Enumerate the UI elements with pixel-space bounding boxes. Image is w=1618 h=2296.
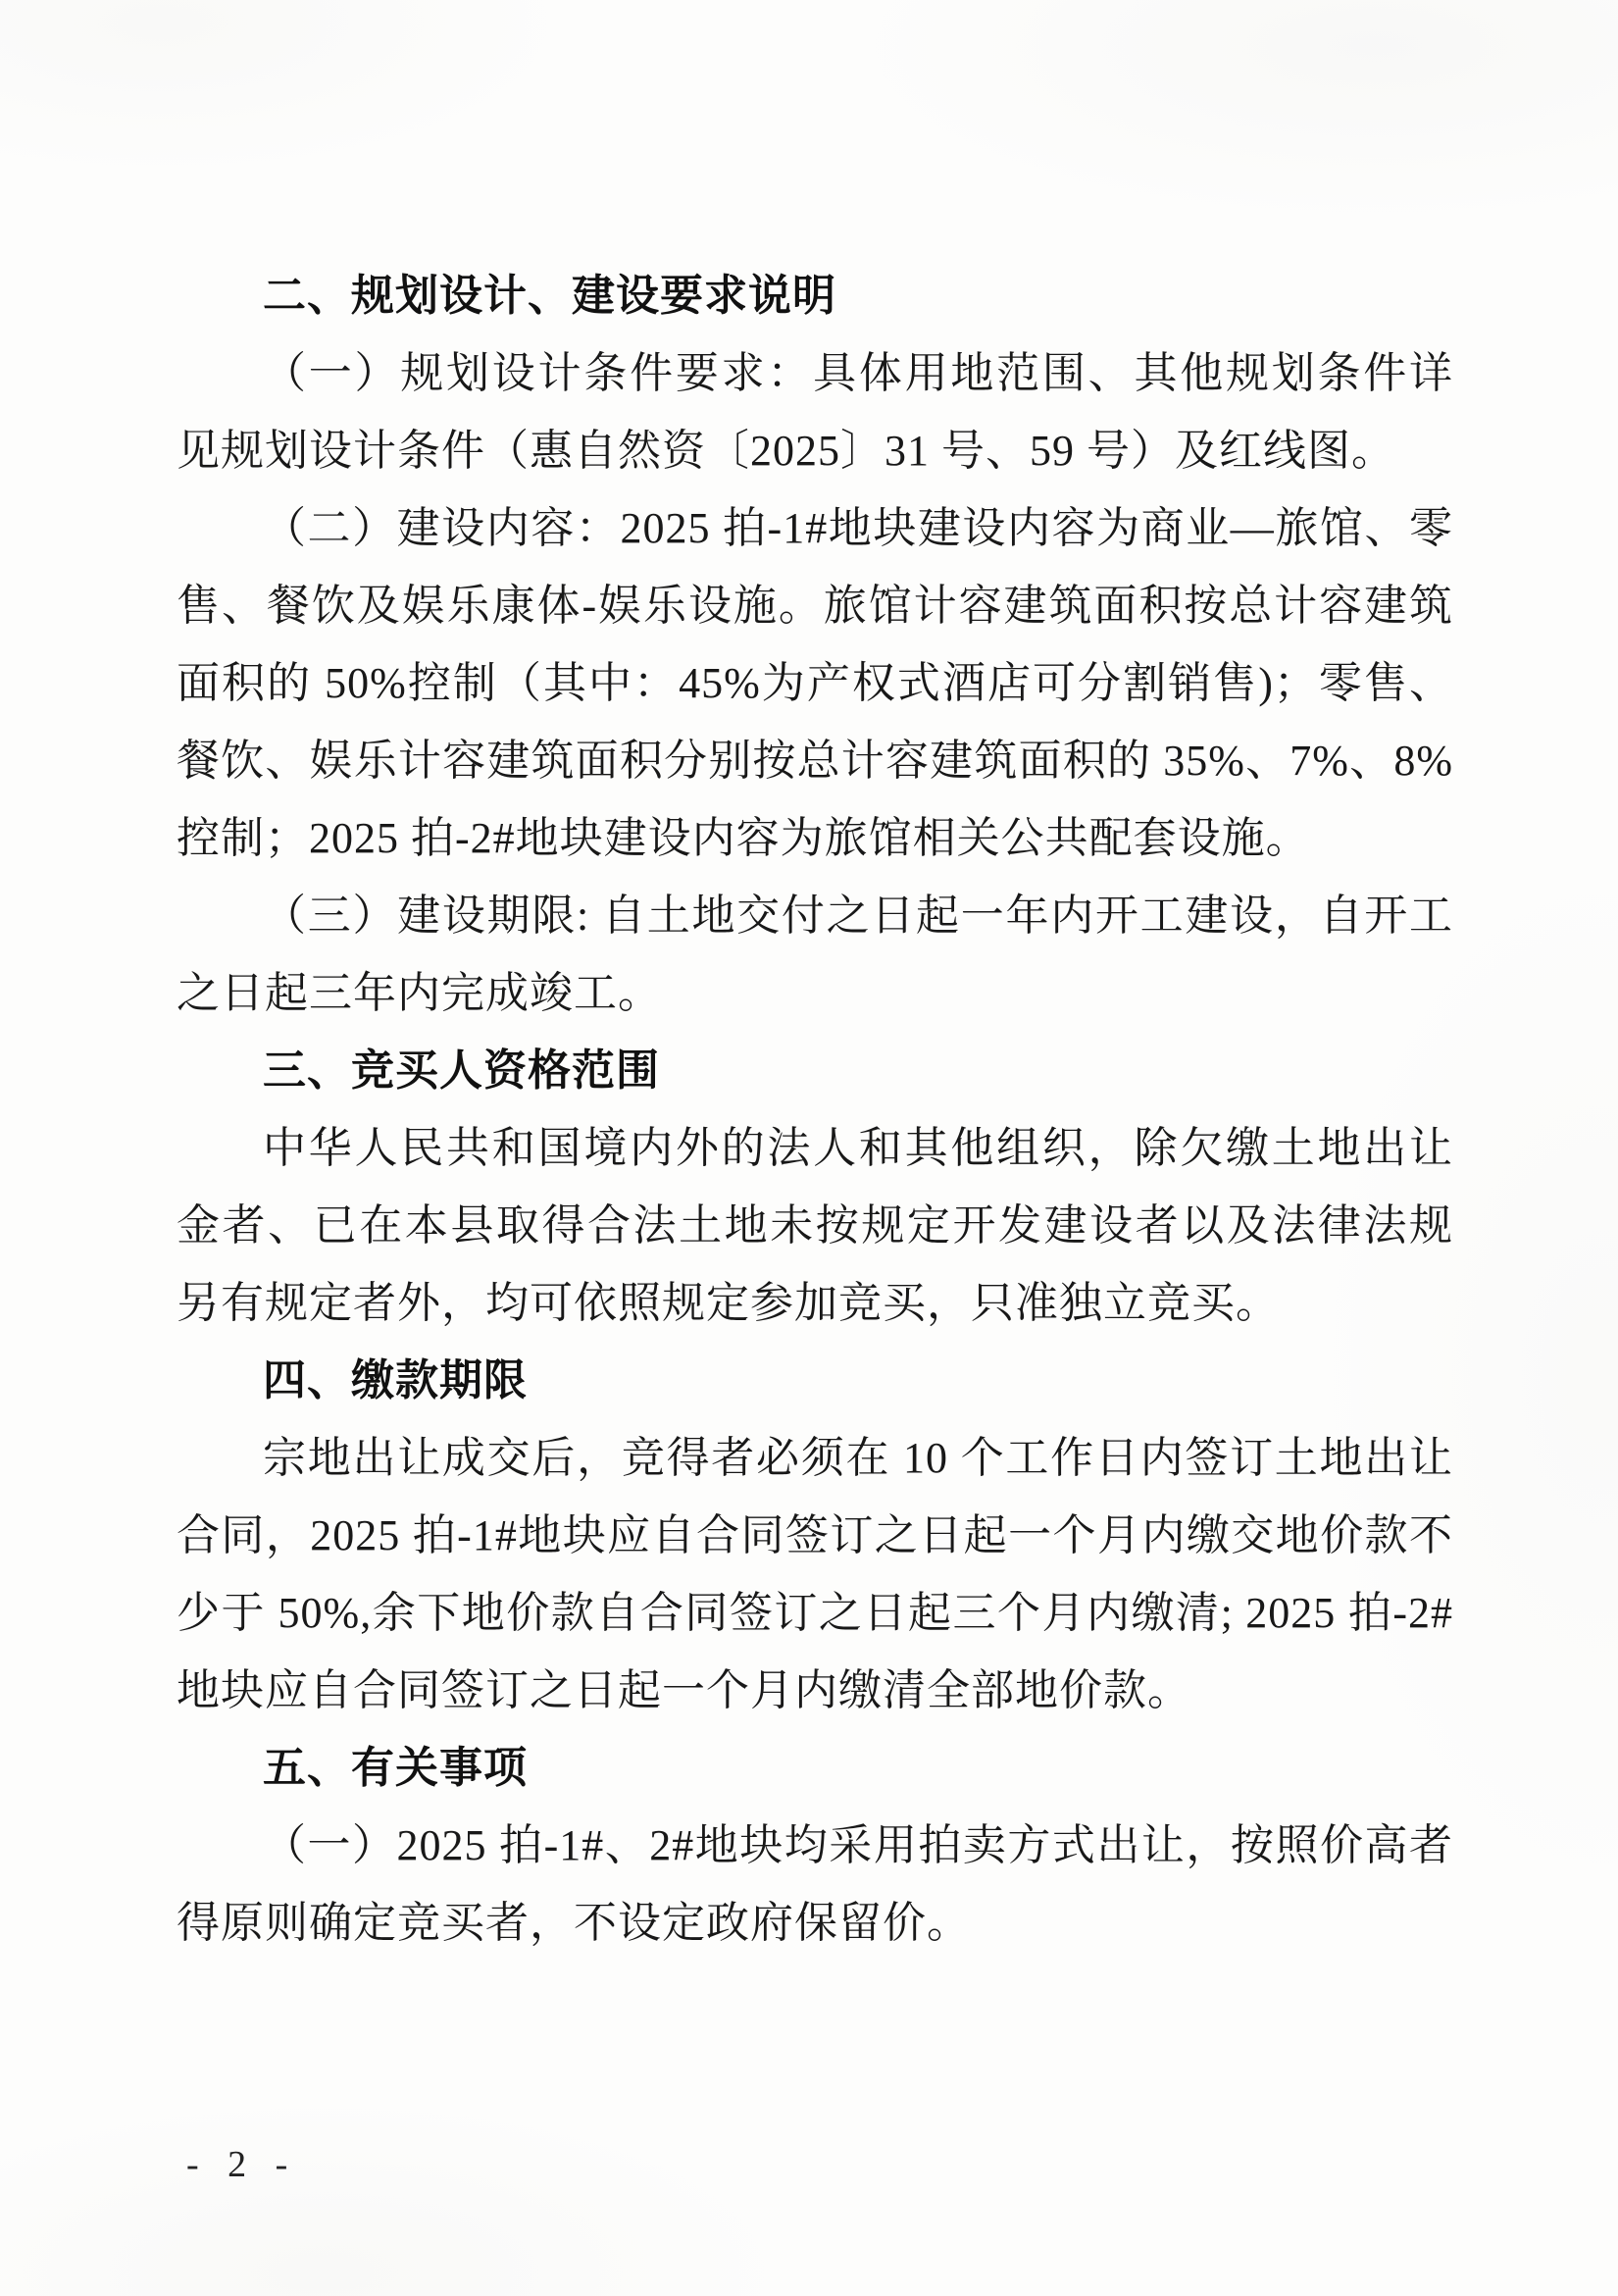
paragraph: 宗地出让成交后，竞得者必须在 10 个工作日内签订土地出让合同，2025 拍-1… [177,1419,1453,1729]
section-heading: 五、有关事项 [177,1729,1453,1807]
page-number: - 2 - [186,2143,297,2186]
paragraph: 中华人民共和国境内外的法人和其他组织，除欠缴土地出让金者、已在本县取得合法土地未… [177,1109,1453,1342]
paragraph: （一）规划设计条件要求：具体用地范围、其他规划条件详见规划设计条件（惠自然资〔2… [177,334,1453,489]
section-heading: 二、规划设计、建设要求说明 [177,257,1453,334]
section-heading: 三、竞买人资格范围 [177,1032,1453,1109]
paragraph: （一）2025 拍-1#、2#地块均采用拍卖方式出让，按照价高者得原则确定竞买者… [177,1807,1453,1962]
section-heading: 四、缴款期限 [177,1342,1453,1419]
document-body: 二、规划设计、建设要求说明（一）规划设计条件要求：具体用地范围、其他规划条件详见… [177,257,1453,1962]
document-page: 二、规划设计、建设要求说明（一）规划设计条件要求：具体用地范围、其他规划条件详见… [0,0,1618,2296]
paragraph: （二）建设内容：2025 拍-1#地块建设内容为商业—旅馆、零售、餐饮及娱乐康体… [177,489,1453,877]
paragraph: （三）建设期限: 自土地交付之日起一年内开工建设，自开工之日起三年内完成竣工。 [177,877,1453,1032]
